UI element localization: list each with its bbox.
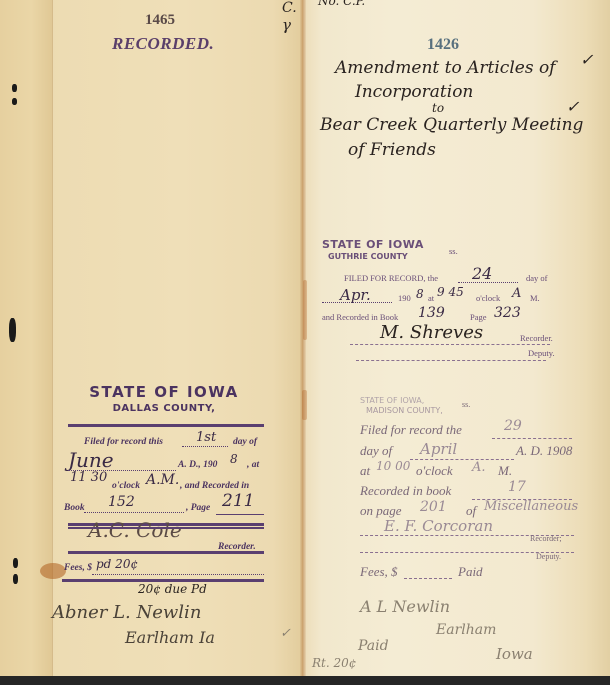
fees-note: 20¢ due Pd [138,582,207,596]
pencil-fee: Rt. 20¢ [312,656,356,670]
pencil-name: A L Newlin [360,597,450,616]
recorder-signature: M. Shreves [380,322,483,343]
book-label: Book [64,503,85,513]
fill-line [356,360,546,361]
recorded-stamp: RECORDED. [112,34,214,54]
page-number: 323 [494,305,521,321]
rule [68,527,264,529]
day-of-label: day of [233,437,257,447]
rule [68,424,264,427]
owner-place: Earlham Ia [125,628,215,647]
fees-label: Fees, $ [360,564,398,580]
filed-label: Filed for record this [84,437,163,447]
recorder-signature: A.C. Cole [88,518,182,542]
year-prefix: 190 [398,293,411,303]
binding-hole [13,574,18,584]
document-scan: 1465 RECORDED. C. γ STATE OF IOWA DALLAS… [0,0,610,676]
fill-line [350,344,550,345]
records-name: Miscellaneous [484,499,578,514]
fill-line [92,574,264,575]
filed-meridiem: A. [472,460,486,475]
margin-mark: γ [282,16,291,34]
recorded-in-label: , and Recorded in [180,481,249,491]
book-number: 139 [418,305,445,321]
title-line: of Friends [348,140,436,160]
state-heading: STATE OF IOWA, [360,396,424,405]
filed-label: FILED FOR RECORD, the [344,273,438,283]
page-number: 201 [420,499,447,515]
paid-label: Paid [458,564,483,580]
filed-time: 9 45 [437,285,464,299]
pencil-place: Iowa [496,645,533,663]
ad-label: A. D. 1908 [516,443,572,459]
county-heading: GUTHRIE COUNTY [328,252,408,261]
filed-month: June [68,448,114,472]
oclock-label: o'clock [112,481,140,491]
right-document-number: 1426 [427,36,459,54]
binding-hole [12,84,17,92]
filed-meridiem: A [512,286,521,301]
recorder-label: Recorder; [530,534,562,543]
at-label: at [360,463,370,479]
county-heading: MADISON COUNTY, [366,406,443,415]
fill-line [404,578,452,579]
fees-label: Fees, $ [64,563,92,573]
recorder-signature: E. F. Corcoran [384,517,493,535]
filed-year-digit: 8 [230,452,238,466]
filed-day: 1st [196,430,216,445]
fill-line [84,512,184,513]
binding-hole [9,318,16,342]
binding-hole [13,558,18,568]
filed-day: 29 [504,418,522,434]
m-label: M. [530,293,540,303]
rust-stain [303,280,307,340]
binding-hole [12,98,17,105]
book-number: 152 [108,494,135,510]
margin-mark: C. [282,0,297,16]
at-label: , at [247,460,259,470]
filed-time: 11 30 [70,470,107,485]
fill-line [182,446,228,447]
state-heading: STATE OF IOWA [62,383,266,401]
filed-meridiem: A.M. [146,472,179,488]
rust-stain [302,390,307,420]
fill-line [492,438,572,439]
bottom-bar [0,676,610,685]
title-line: Bear Creek Quarterly Meeting [320,115,583,135]
oclock-label: o'clock [476,293,500,303]
state-heading: STATE OF IOWA [322,238,424,251]
m-label: M. [498,463,512,479]
day-of-label: day of [360,443,392,459]
rust-stain [40,563,66,579]
book-number: 17 [508,479,526,495]
rule [216,514,264,515]
filed-day: 24 [472,264,492,283]
page-label: Page [470,312,487,322]
deputy-label: Deputy. [536,552,561,561]
filed-month: Apr. [340,286,371,304]
deputy-label: Deputy. [528,348,555,358]
top-note: No. C.P. [318,0,365,8]
at-label: at [428,293,434,303]
fees-value: pd 20¢ [96,557,138,571]
county-heading: DALLAS COUNTY, [62,403,266,414]
ss-label: ss. [462,400,470,409]
check-mark: ✓ [280,626,291,641]
day-of-label: day of [526,273,547,283]
filed-time: 10 00 [376,459,410,473]
ss-label: ss. [449,246,458,256]
check-mark: ✓ [566,97,579,116]
ad-label: A. D., 190 [178,460,217,470]
title-line: to [432,101,444,115]
book-label: and Recorded in Book [322,312,398,322]
dallas-county-record-box: STATE OF IOWA DALLAS COUNTY, [62,383,266,414]
rule [68,551,264,554]
book-label: Recorded in book [360,483,451,499]
filed-label: Filed for record the [360,422,462,438]
owner-name: Abner L. Newlin [52,602,201,623]
title-line: Incorporation [355,82,473,102]
check-mark: ✓ [580,50,593,69]
page-label: , Page [186,503,210,513]
year-digit: 8 [416,287,424,301]
pencil-place: Earlham [436,622,496,638]
filed-month: April [420,440,457,458]
fill-line [410,459,514,460]
pencil-paid: Paid [358,638,389,654]
oclock-label: o'clock [416,463,453,479]
recorder-label: Recorder. [520,333,553,343]
title-line: Amendment to Articles of [335,58,555,78]
left-document-number: 1465 [145,12,175,29]
page-number: 211 [222,491,254,511]
